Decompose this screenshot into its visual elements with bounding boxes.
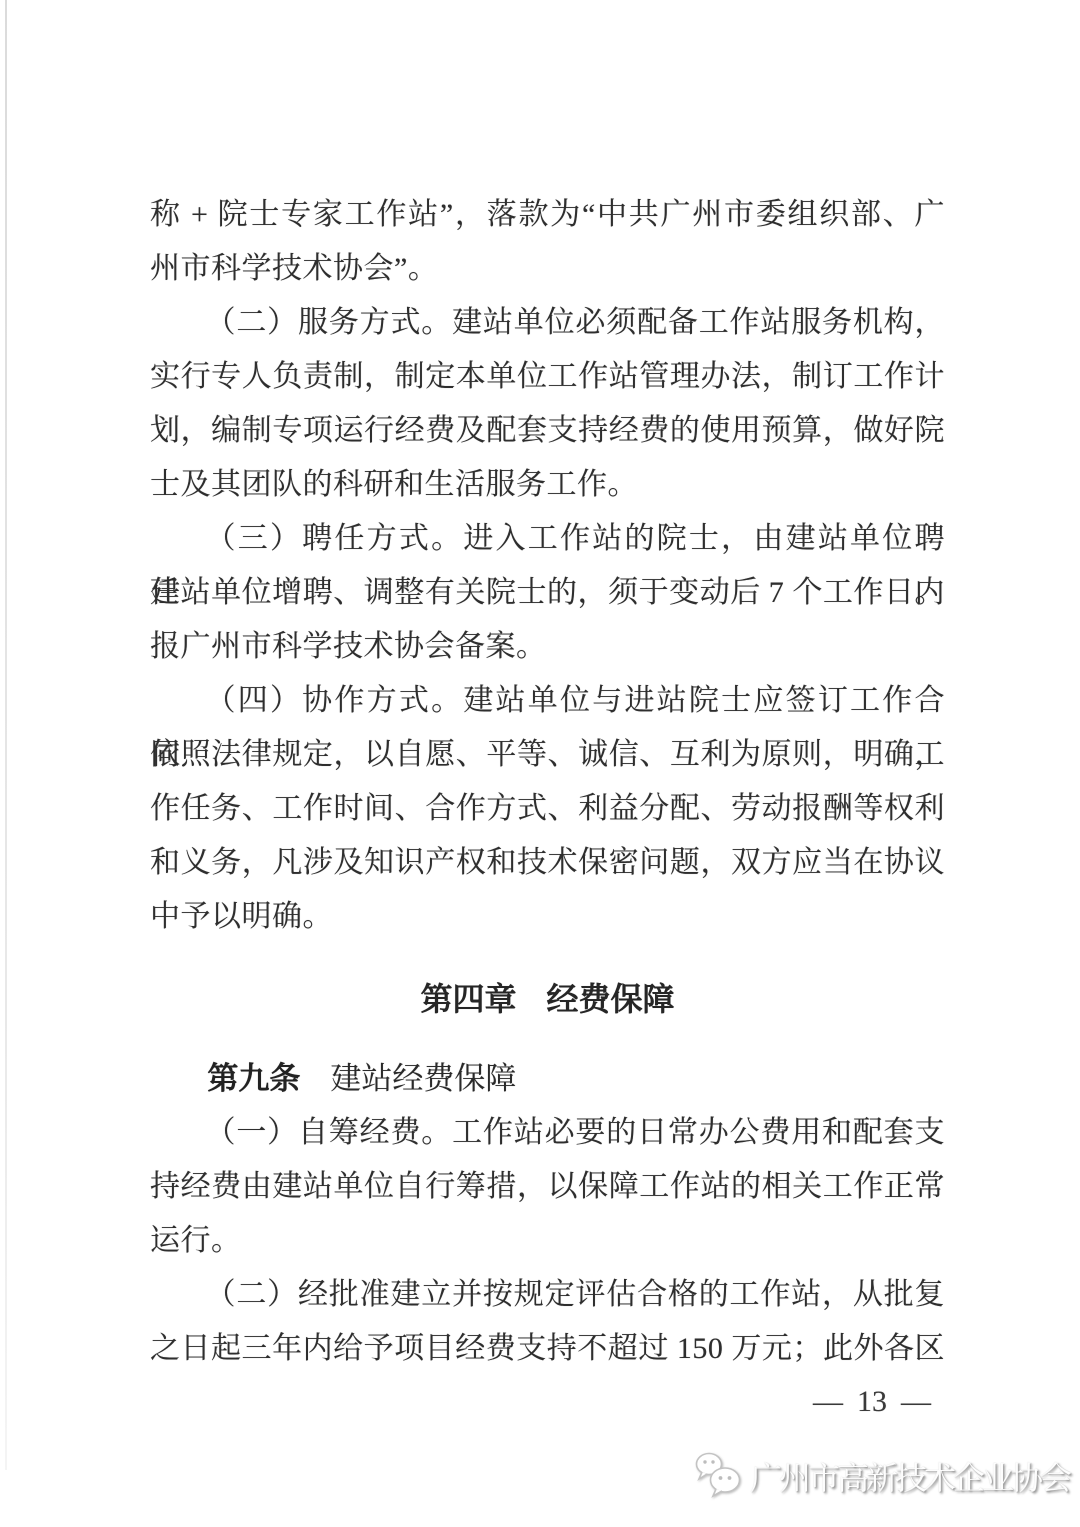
article-heading: 第九条 建站经费保障 [150,1052,945,1106]
body-line: （一）自筹经费。工作站必要的日常办公费用和配套支 [150,1106,945,1160]
page-number-dash: — [813,1382,843,1422]
document-page: 称 + 院士专家工作站”，落款为“中共广州市委组织部、广 州市科学技术协会”。 … [0,0,1080,1527]
wechat-icon [694,1450,744,1502]
body-line: 称 + 院士专家工作站”，落款为“中共广州市委组织部、广 [150,188,945,242]
body-line: 运行。 [150,1214,945,1268]
chapter-heading: 第四章 经费保障 [150,972,945,1026]
body-line: 之日起三年内给予项目经费支持不超过 150 万元；此外各区 [150,1322,945,1376]
page-number: — 13 — [150,1382,945,1422]
body-line: （二）经批准建立并按规定评估合格的工作站，从批复 [150,1268,945,1322]
body-line: 划，编制专项运行经费及配套支持经费的使用预算，做好院 [150,404,945,458]
body-line: 建站单位增聘、调整有关院士的，须于变动后 7 个工作日内 [150,566,945,620]
body-line: 实行专人负责制，制定本单位工作站管理办法，制订工作计 [150,350,945,404]
body-line: 持经费由建站单位自行筹措，以保障工作站的相关工作正常 [150,1160,945,1214]
body-line: （三）聘任方式。进入工作站的院士，由建站单位聘任。 [150,512,945,566]
footer-watermark: 广州市高新技术企业协会 [694,1450,1069,1502]
body-line: 中予以明确。 [150,890,945,944]
body-line: （二）服务方式。建站单位必须配备工作站服务机构， [150,296,945,350]
page-number-value: 13 [857,1382,887,1422]
body-line: 士及其团队的科研和生活服务工作。 [150,458,945,512]
article-title: 建站经费保障 [330,1052,516,1106]
body-line: 报广州市科学技术协会备案。 [150,620,945,674]
body-line: 和义务，凡涉及知识产权和技术保密问题，双方应当在协议 [150,836,945,890]
scan-artifact-line [5,0,7,1470]
chapter-number: 第四章 [420,972,516,1026]
body-line: 州市科学技术协会”。 [150,242,945,296]
watermark-organization-text: 广州市高新技术企业协会 [750,1453,1069,1499]
body-line: 依照法律规定，以自愿、平等、诚信、互利为原则，明确工 [150,728,945,782]
document-body: 称 + 院士专家工作站”，落款为“中共广州市委组织部、广 州市科学技术协会”。 … [150,188,945,1422]
article-number: 第九条 [207,1052,300,1106]
body-line: 作任务、工作时间、合作方式、利益分配、劳动报酬等权利 [150,782,945,836]
chapter-title: 经费保障 [547,972,675,1026]
page-number-dash: — [901,1382,931,1422]
body-line: （四）协作方式。建站单位与进站院士应签订工作合同， [150,674,945,728]
